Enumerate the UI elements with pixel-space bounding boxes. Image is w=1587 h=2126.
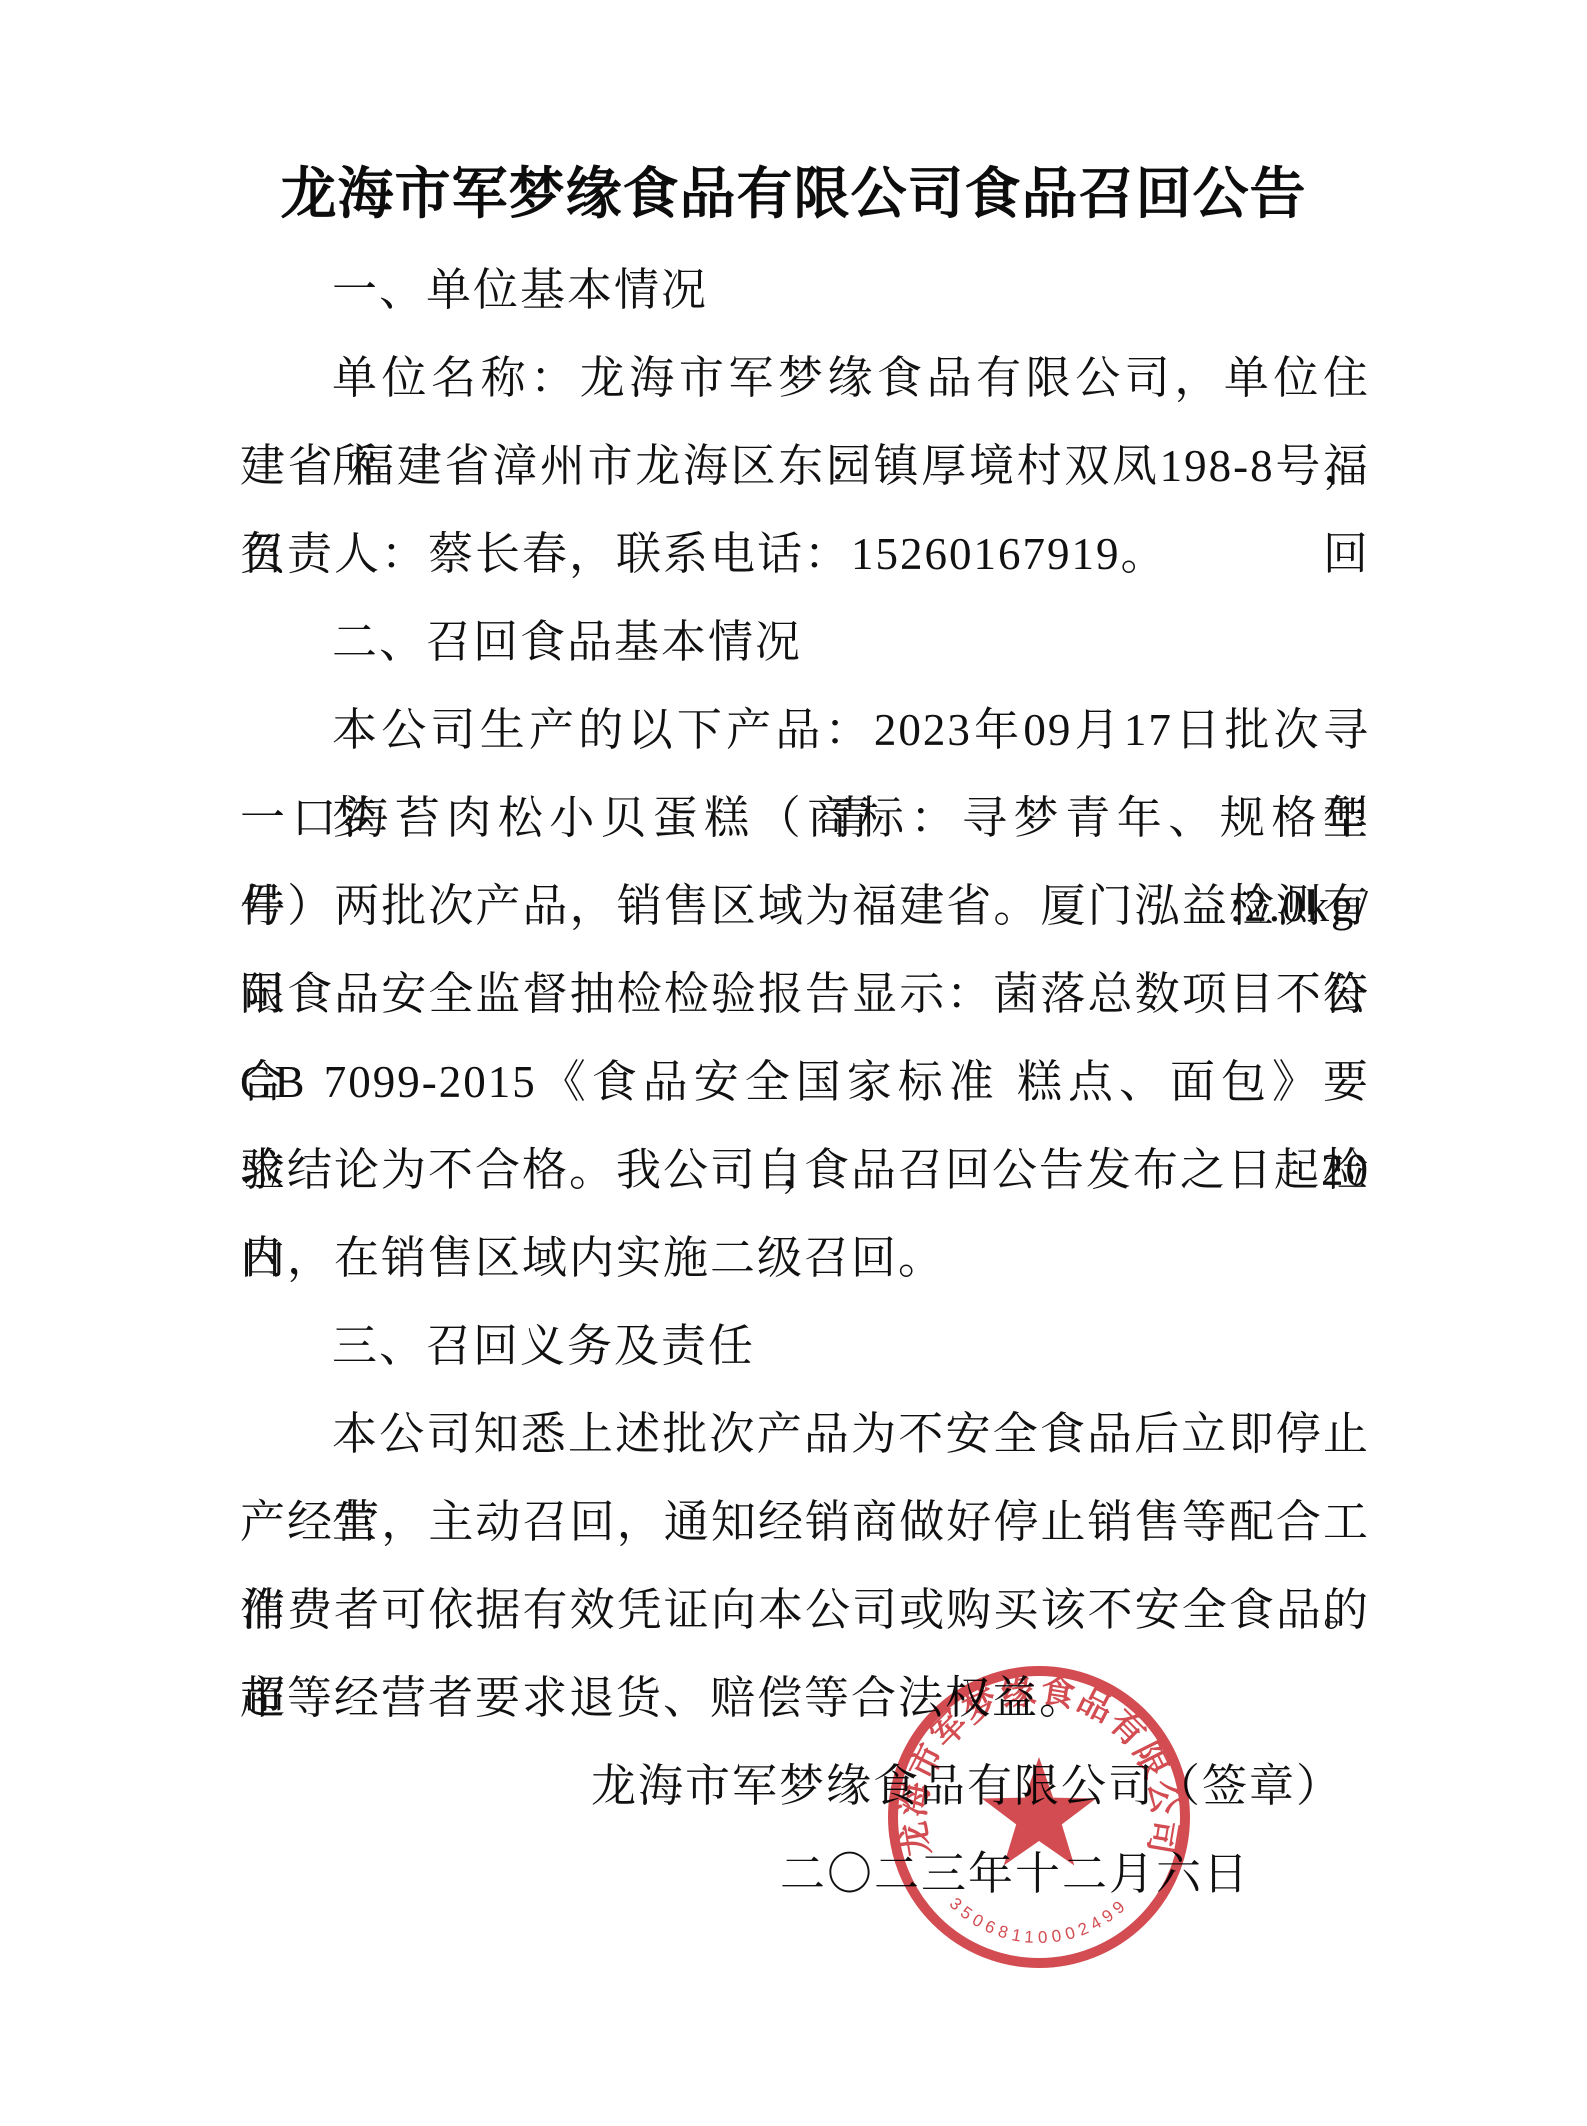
section-heading-2: 二、召回食品基本情况 [240, 598, 1370, 686]
body-line: 本公司生产的以下产品：2023年09月17日批次寻梦青年 [240, 686, 1370, 774]
body-line: GB 7099-2015《食品安全国家标准 糕点、面包》要求，检 [240, 1038, 1370, 1126]
body-line: 建省 福建省漳州市龙海区东园镇厚境村双凤198-8号，召回 [240, 422, 1370, 510]
company-seal: 龙海市军梦缘食品有限公司 35068110002499 [869, 1647, 1209, 1987]
body-line: 本公司知悉上述批次产品为不安全食品后立即停止生 [240, 1390, 1370, 1478]
recall-notice-page: 龙海市军梦缘食品有限公司食品召回公告 一、单位基本情况 单位名称：龙海市军梦缘食… [0, 0, 1587, 2126]
body-line: 产经营，主动召回，通知经销商做好停止销售等配合工作。 [240, 1478, 1370, 1566]
body-line: 负责人：蔡长春，联系电话：15260167919。 [240, 510, 1370, 598]
body-line: 单位名称：龙海市军梦缘食品有限公司，单位住所：福 [240, 334, 1370, 422]
body-line: 司食品安全监督抽检检验报告显示：菌落总数项目不符合 [240, 950, 1370, 1038]
section-heading-3: 三、召回义务及责任 [240, 1302, 1370, 1390]
body-line: 消费者可依据有效凭证向本公司或购买该不安全食品的超 [240, 1566, 1370, 1654]
body-line: 内，在销售区域内实施二级召回。 [240, 1214, 1370, 1302]
body-line: 验结论为不合格。我公司自食品召回公告发布之日起20日 [240, 1126, 1370, 1214]
seal-code-text: 35068110002499 [946, 1894, 1132, 1947]
section-heading-1: 一、单位基本情况 [240, 246, 1370, 334]
page-title: 龙海市军梦缘食品有限公司食品召回公告 [0, 150, 1587, 230]
seal-star-icon [982, 1757, 1096, 1866]
svg-text:35068110002499: 35068110002499 [946, 1894, 1132, 1947]
body-line: 件）两批次产品，销售区域为福建省。厦门泓益检测有限公 [240, 862, 1370, 950]
body-line: 一口海苔肉松小贝蛋糕（商标：寻梦青年、规格型号:2.0kg/ [240, 774, 1370, 862]
